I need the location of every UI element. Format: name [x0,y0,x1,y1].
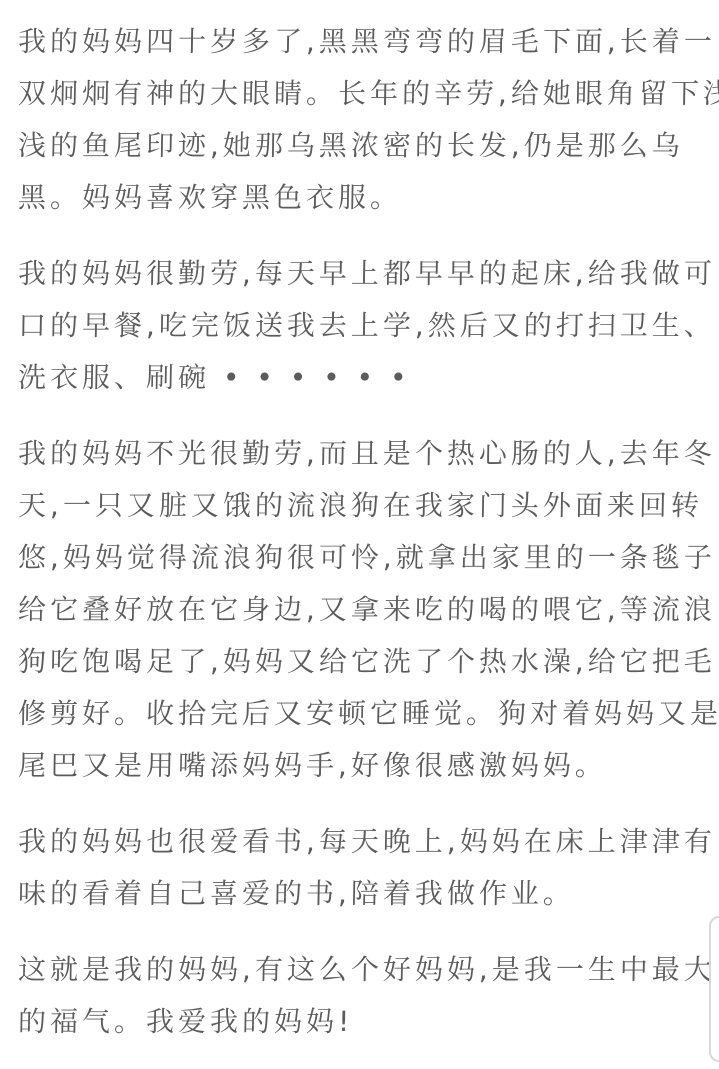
essay-line: 这就是我的妈妈,有这么个好妈妈,是我一生中最大 [18,944,706,996]
essay-line: 的福气。我爱我的妈妈! [18,996,706,1048]
essay-line: 我的妈妈四十岁多了,黑黑弯弯的眉毛下面,长着一 [18,16,706,68]
essay-paragraph: 这就是我的妈妈,有这么个好妈妈,是我一生中最大的福气。我爱我的妈妈! [18,944,705,1048]
essay-line: 洗衣服、刷碗 • • • • • • [18,352,706,404]
essay-line: 双炯炯有神的大眼睛。长年的辛劳,给她眼角留下浅 [18,68,706,120]
essay-line: 黑。妈妈喜欢穿黑色衣服。 [18,172,706,224]
handwritten-essay-page: 我的妈妈四十岁多了,黑黑弯弯的眉毛下面,长着一双炯炯有神的大眼睛。长年的辛劳,给… [0,0,719,1069]
edge-panel-handle[interactable] [709,916,719,1062]
essay-paragraph: 我的妈妈四十岁多了,黑黑弯弯的眉毛下面,长着一双炯炯有神的大眼睛。长年的辛劳,给… [18,16,705,224]
essay-line: 狗吃饱喝足了,妈妈又给它洗了个热水澡,给它把毛 [18,636,706,688]
essay-line: 天,一只又脏又饿的流浪狗在我家门头外面来回转 [18,480,706,532]
essay-line: 尾巴又是用嘴添妈妈手,好像很感激妈妈。 [18,740,706,792]
essay-line: 我的妈妈很勤劳,每天早上都早早的起床,给我做可 [18,248,706,300]
essay-body: 我的妈妈四十岁多了,黑黑弯弯的眉毛下面,长着一双炯炯有神的大眼睛。长年的辛劳,给… [18,16,705,1048]
essay-paragraph: 我的妈妈也很爱看书,每天晚上,妈妈在床上津津有味的看着自己喜爱的书,陪着我做作业… [18,816,705,920]
essay-line: 口的早餐,吃完饭送我去上学,然后又的打扫卫生、 [18,300,706,352]
essay-line: 悠,妈妈觉得流浪狗很可怜,就拿出家里的一条毯子 [18,532,706,584]
essay-line: 浅的鱼尾印迹,她那乌黑浓密的长发,仍是那么乌 [18,120,706,172]
essay-line: 我的妈妈不光很勤劳,而且是个热心肠的人,去年冬 [18,428,706,480]
essay-paragraph: 我的妈妈不光很勤劳,而且是个热心肠的人,去年冬天,一只又脏又饿的流浪狗在我家门头… [18,428,705,792]
essay-line: 修剪好。收拾完后又安顿它睡觉。狗对着妈妈又是摇 [18,688,706,740]
essay-line: 给它叠好放在它身边,又拿来吃的喝的喂它,等流浪 [18,584,706,636]
essay-line: 我的妈妈也很爱看书,每天晚上,妈妈在床上津津有 [18,816,706,868]
essay-paragraph: 我的妈妈很勤劳,每天早上都早早的起床,给我做可口的早餐,吃完饭送我去上学,然后又… [18,248,705,404]
essay-line: 味的看着自己喜爱的书,陪着我做作业。 [18,868,706,920]
